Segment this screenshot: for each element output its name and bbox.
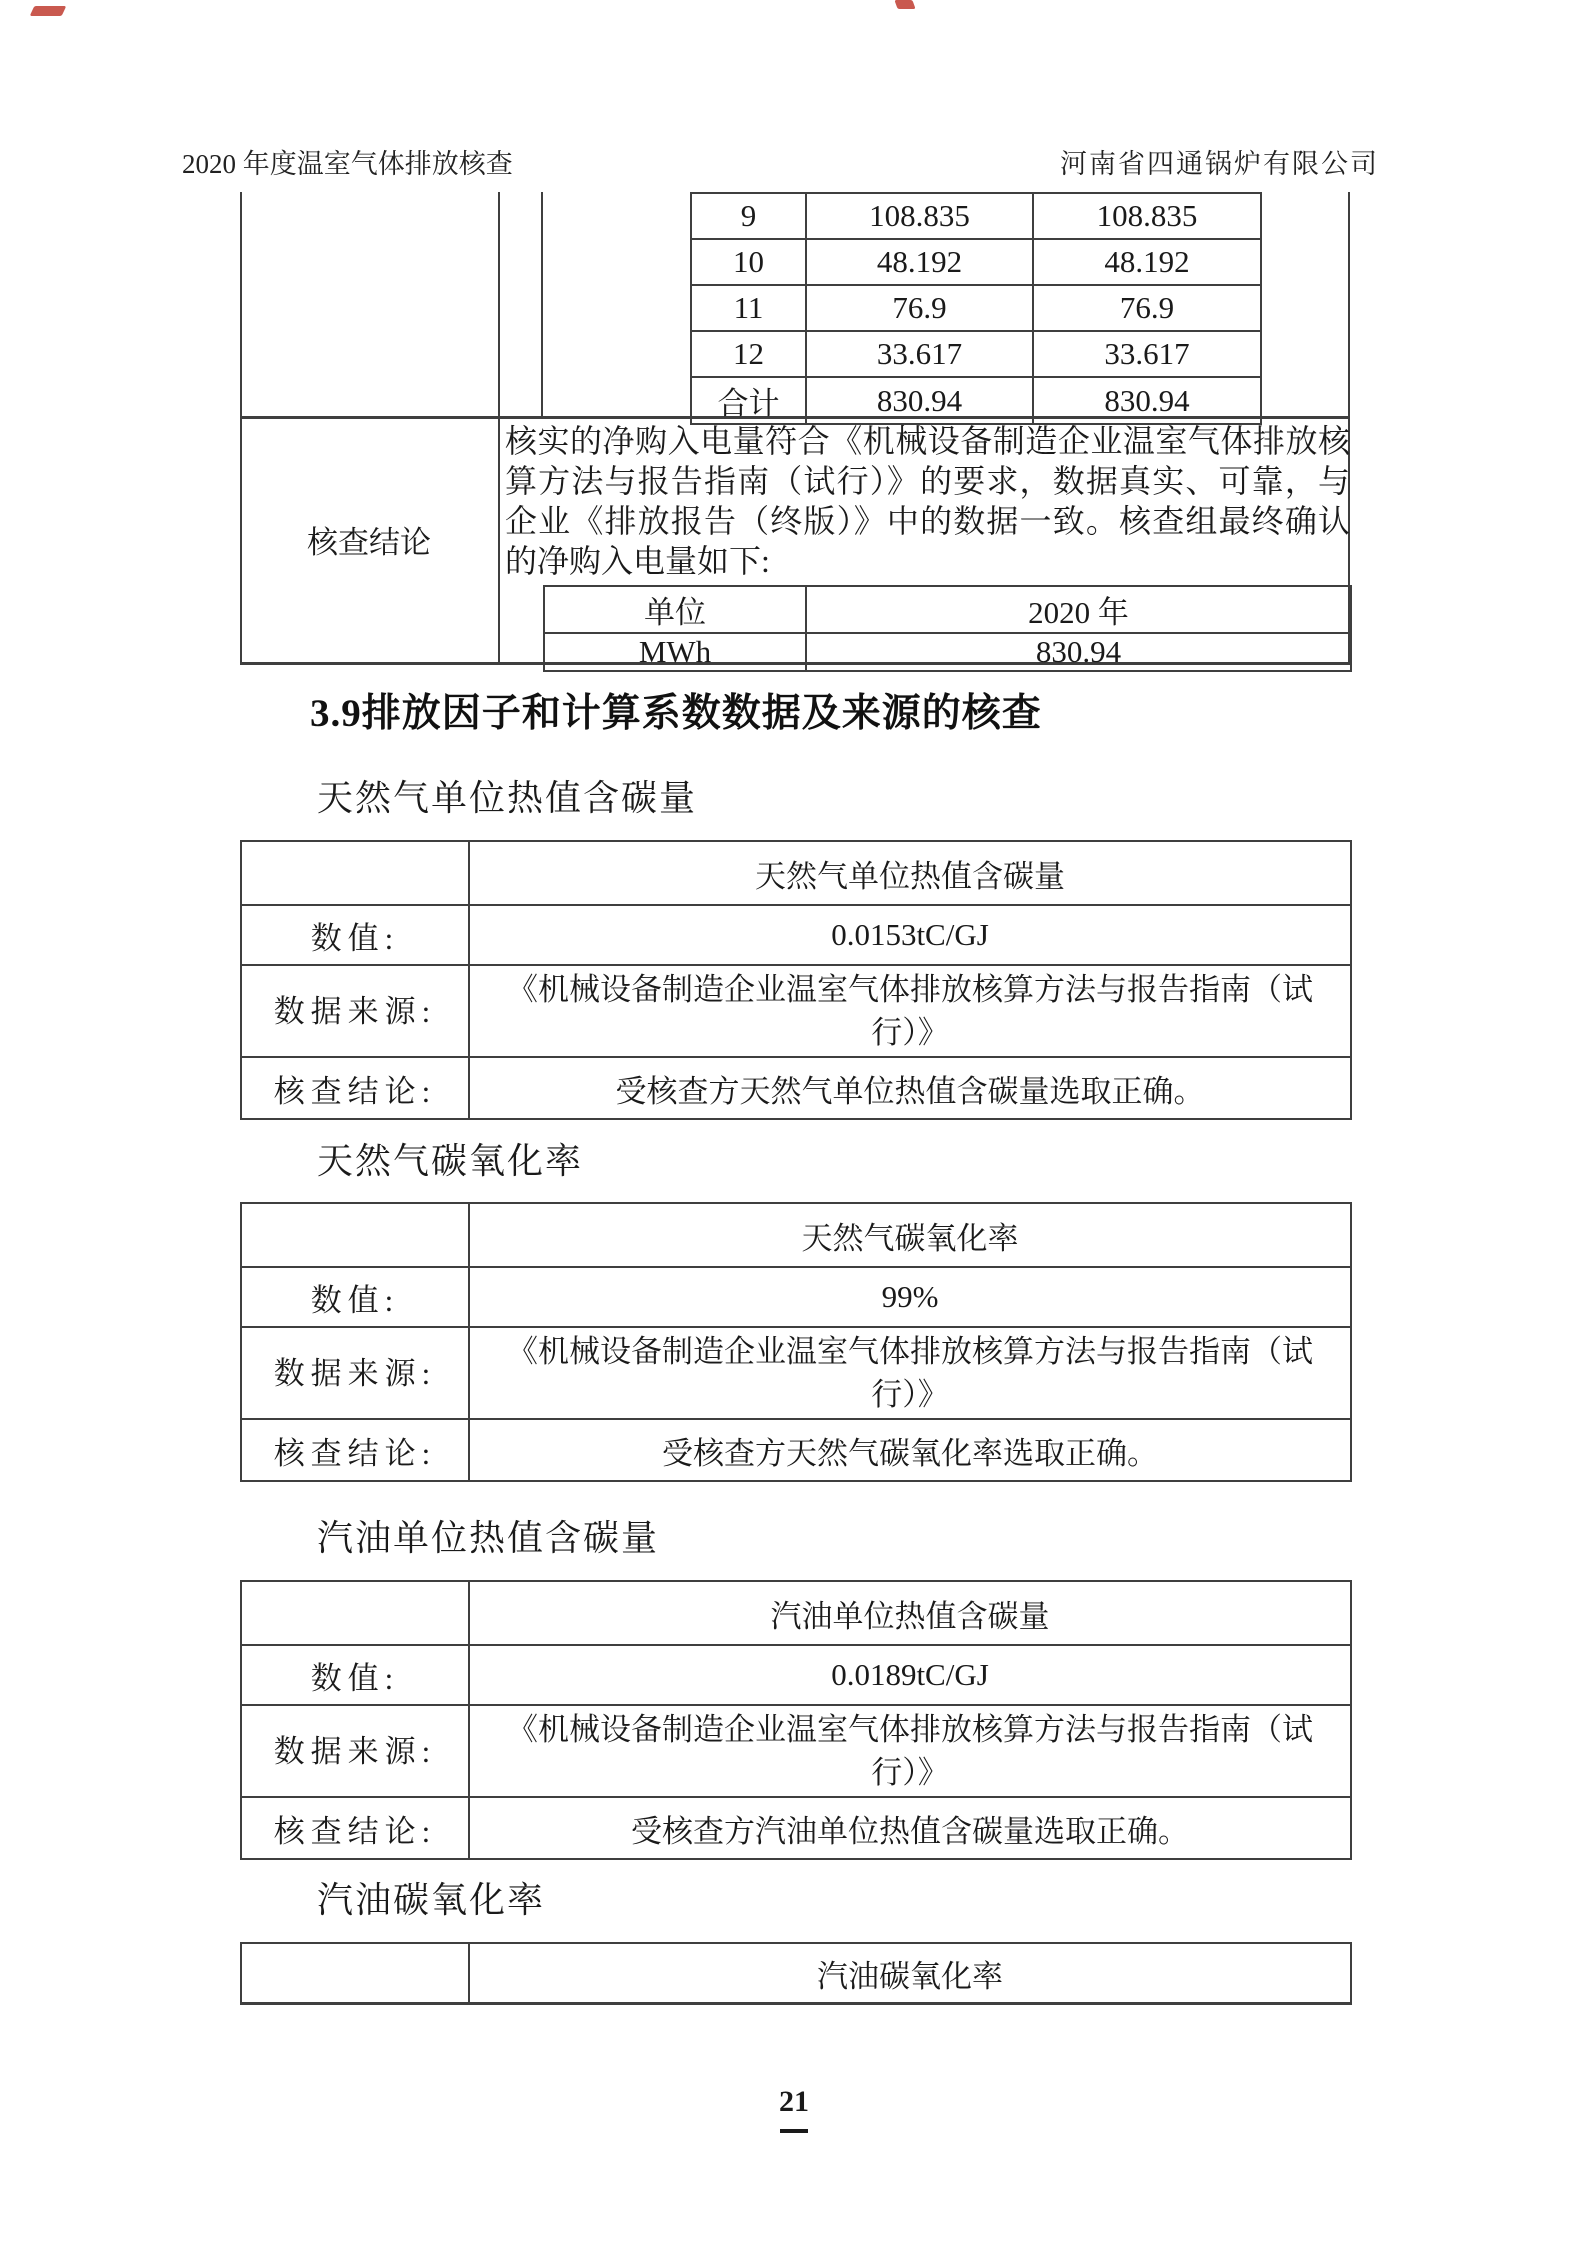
value-label-cell: 数值: [241,1267,469,1327]
month-cell: 10 [691,239,806,285]
total-label-cell: 合计 [691,377,806,424]
table-row: 数值: 99% [241,1267,1351,1327]
conclusion-cell: 受核查方天然气单位热值含碳量选取正确。 [469,1057,1351,1119]
table-row: 数据来源: 《机械设备制造企业温室气体排放核算方法与报告指南（试行）》 [241,965,1351,1057]
verification-conclusion-label: 核查结论 [240,416,498,662]
source-cell: 《机械设备制造企业温室气体排放核算方法与报告指南（试行）》 [469,965,1351,1057]
table-row: 11 76.9 76.9 [691,285,1261,331]
page-number-underline [780,2129,808,2133]
scan-artifact [894,0,915,9]
factor-table-ng-carbon-content: 天然气单位热值含碳量 数值: 0.0153tC/GJ 数据来源: 《机械设备制造… [240,840,1352,1120]
subheading-gasoline-carbon-content: 汽油单位热值含碳量 [317,1510,659,1561]
table-row: 12 33.617 33.617 [691,331,1261,377]
table-row: 核查结论: 受核查方天然气单位热值含碳量选取正确。 [241,1057,1351,1119]
source-label-cell: 数据来源: [241,1327,469,1419]
factor-title-cell: 天然气单位热值含碳量 [469,841,1351,905]
value-cell: 0.0189tC/GJ [469,1645,1351,1705]
table-row: 核查结论: 受核查方天然气碳氧化率选取正确。 [241,1419,1351,1481]
empty-cell [241,1203,469,1267]
table-row: 数值: 0.0153tC/GJ [241,905,1351,965]
header-left: 2020 年度温室气体排放核查 [182,142,513,181]
value-cell: 76.9 [1033,285,1261,331]
scan-artifact [30,6,67,16]
value-cell: 99% [469,1267,1351,1327]
table-divider [498,192,500,665]
table-row: MWh 830.94 [544,633,1351,671]
page-number: 21 [0,2085,1588,2119]
unit-header-cell: 单位 [544,586,806,633]
source-cell: 《机械设备制造企业温室气体排放核算方法与报告指南（试行）》 [469,1327,1351,1419]
factor-title-cell: 汽油碳氧化率 [469,1943,1351,2004]
unit-value-cell: MWh [544,633,806,671]
month-cell: 11 [691,285,806,331]
factor-table-gasoline-oxidation-rate: 汽油碳氧化率 [240,1942,1352,2005]
subheading-gasoline-oxidation-rate: 汽油碳氧化率 [317,1872,545,1923]
table-row: 数据来源: 《机械设备制造企业温室气体排放核算方法与报告指南（试行）》 [241,1327,1351,1419]
value-cell: 76.9 [806,285,1033,331]
empty-cell [241,841,469,905]
year-header-cell: 2020 年 [806,586,1351,633]
conclusion-label-cell: 核查结论: [241,1057,469,1119]
value-cell: 108.835 [1033,193,1261,239]
verification-conclusion-text: 核实的净购入电量符合《机械设备制造企业温室气体排放核算方法与报告指南（试行）》的… [505,421,1350,581]
conclusion-label-cell: 核查结论: [241,1797,469,1859]
empty-cell [241,1581,469,1645]
net-purchased-electricity-table: 9 108.835 108.835 10 48.192 48.192 11 76… [240,192,1350,665]
source-label-cell: 数据来源: [241,965,469,1057]
conclusion-label-cell: 核查结论: [241,1419,469,1481]
conclusion-cell: 受核查方汽油单位热值含碳量选取正确。 [469,1797,1351,1859]
subheading-ng-oxidation-rate: 天然气碳氧化率 [317,1133,583,1184]
table-row: 单位 2020 年 [544,586,1351,633]
table-row: 核查结论: 受核查方汽油单位热值含碳量选取正确。 [241,1797,1351,1859]
header-right: 河南省四通锅炉有限公司 [1060,142,1379,181]
source-label-cell: 数据来源: [241,1705,469,1797]
value-label-cell: 数值: [241,905,469,965]
table-divider [541,192,543,416]
value-cell: 33.617 [806,331,1033,377]
conclusion-cell: 受核查方天然气碳氧化率选取正确。 [469,1419,1351,1481]
electricity-summary-table: 单位 2020 年 MWh 830.94 [543,585,1352,672]
value-cell: 33.617 [1033,331,1261,377]
table-row: 9 108.835 108.835 [691,193,1261,239]
factor-table-ng-oxidation-rate: 天然气碳氧化率 数值: 99% 数据来源: 《机械设备制造企业温室气体排放核算方… [240,1202,1352,1482]
month-cell: 9 [691,193,806,239]
table-row: 汽油碳氧化率 [241,1943,1351,2004]
factor-title-cell: 天然气碳氧化率 [469,1203,1351,1267]
value-cell: 0.0153tC/GJ [469,905,1351,965]
table-row: 天然气碳氧化率 [241,1203,1351,1267]
table-row: 数据来源: 《机械设备制造企业温室气体排放核算方法与报告指南（试行）》 [241,1705,1351,1797]
table-row: 汽油单位热值含碳量 [241,1581,1351,1645]
value-cell: 108.835 [806,193,1033,239]
factor-table-gasoline-carbon-content: 汽油单位热值含碳量 数值: 0.0189tC/GJ 数据来源: 《机械设备制造企… [240,1580,1352,1860]
table-row: 天然气单位热值含碳量 [241,841,1351,905]
table-row: 数值: 0.0189tC/GJ [241,1645,1351,1705]
document-page: 2020 年度温室气体排放核查 河南省四通锅炉有限公司 9 108.835 10… [0,0,1588,2245]
table-row: 10 48.192 48.192 [691,239,1261,285]
subheading-ng-carbon-content: 天然气单位热值含碳量 [317,770,697,821]
value-cell: 48.192 [1033,239,1261,285]
total-value-cell: 830.94 [1033,377,1261,424]
table-row-total: 合计 830.94 830.94 [691,377,1261,424]
source-cell: 《机械设备制造企业温室气体排放核算方法与报告指南（试行）》 [469,1705,1351,1797]
monthly-electricity-table: 9 108.835 108.835 10 48.192 48.192 11 76… [690,192,1262,425]
section-heading-3-9: 3.9排放因子和计算系数数据及来源的核查 [310,682,1042,738]
value-cell: 48.192 [806,239,1033,285]
year-value-cell: 830.94 [806,633,1351,671]
value-label-cell: 数值: [241,1645,469,1705]
total-value-cell: 830.94 [806,377,1033,424]
empty-cell [241,1943,469,2004]
month-cell: 12 [691,331,806,377]
factor-title-cell: 汽油单位热值含碳量 [469,1581,1351,1645]
